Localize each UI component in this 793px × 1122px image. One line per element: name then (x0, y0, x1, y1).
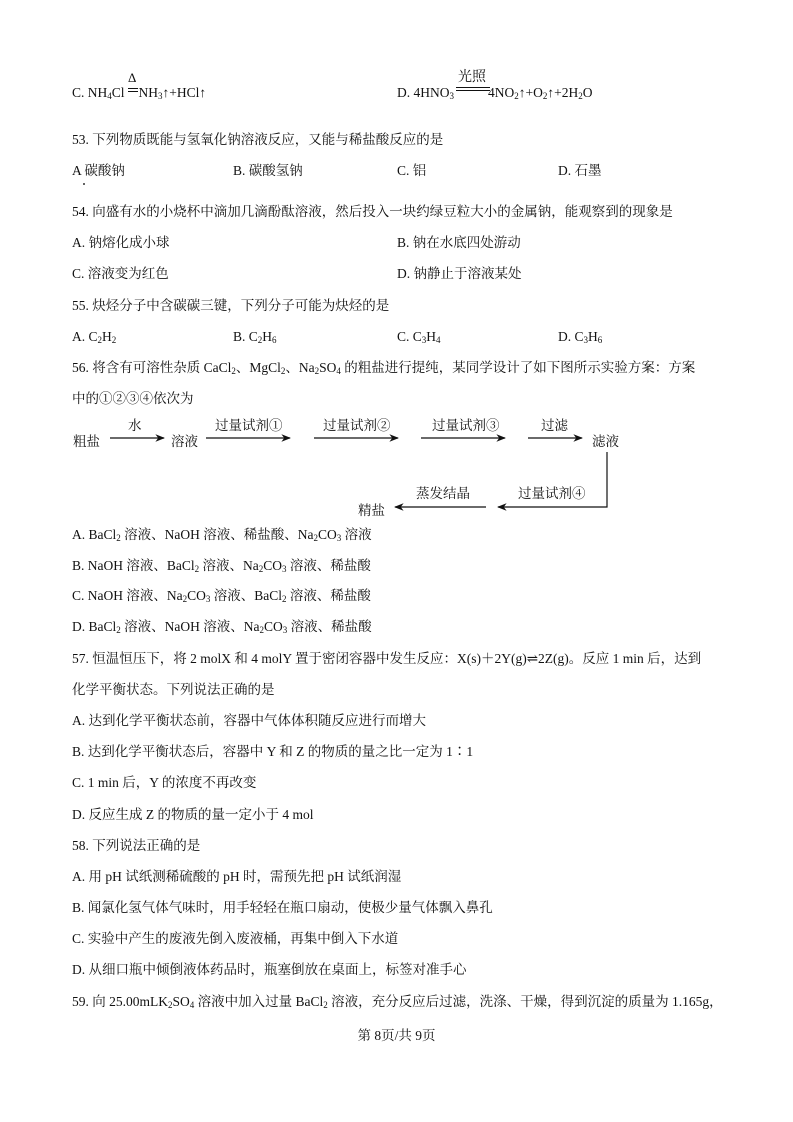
text: CO (187, 588, 206, 603)
q57-option-c: C. 1 min 后，Y 的浓度不再改变 (72, 774, 256, 792)
q56-option-b: B. NaOH 溶液、BaCl2 溶液、Na2CO3 溶液、稀盐酸 (72, 557, 371, 575)
text: 溶液、Na (199, 558, 259, 573)
q58-option-c: C. 实验中产生的废液先倒入废液桶，再集中倒入下水道 (72, 930, 398, 948)
page-number: 第 8页/共 9页 (0, 1024, 793, 1044)
q57-option-a: A. 达到化学平衡状态前，容器中气体体积随反应进行而增大 (72, 712, 426, 730)
question-57-stem-line2: 化学平衡状态。下列说法正确的是 (72, 681, 275, 699)
text: CO (264, 619, 283, 634)
q57-option-b: B. 达到化学平衡状态后，容器中 Y 和 Z 的物质的量之比一定为 1∶1 (72, 743, 473, 761)
text: C. NaOH 溶液、Na (72, 588, 183, 603)
q57-option-d: D. 反应生成 Z 的物质的量一定小于 4 mol (72, 806, 314, 824)
text: 溶液、稀盐酸 (287, 619, 371, 634)
text: 溶液、稀盐酸 (287, 558, 371, 573)
text: 溶液、BaCl (210, 588, 282, 603)
text: B. NaOH 溶液、BaCl (72, 558, 195, 573)
text: 溶液、NaOH 溶液、Na (121, 619, 260, 634)
text: CO (263, 558, 282, 573)
text: 溶液中加入过量 BaCl (194, 994, 323, 1009)
text: 溶液、稀盐酸 (287, 588, 371, 603)
q58-option-d: D. 从细口瓶中倾倒液体药品时，瓶塞倒放在桌面上，标签对准手心 (72, 961, 467, 979)
text: D. BaCl (72, 619, 116, 634)
q58-option-b: B. 闻氯化氢气体气味时，用手轻轻在瓶口扇动，使极少量气体飘入鼻孔 (72, 899, 493, 917)
question-57-stem-line1: 57. 恒温恒压下，将 2 molX 和 4 molY 置于密闭容器中发生反应：… (72, 650, 701, 668)
question-58-stem: 58. 下列说法正确的是 (72, 837, 200, 855)
text: 溶液，充分反应后过滤，洗涤、干燥，得到沉淀的质量为 1.165g， (328, 994, 723, 1009)
step-evaporate-crystallize: 蒸发结晶 (416, 482, 470, 502)
node-crude-salt: 粗盐 (73, 430, 100, 450)
step-filter: 过滤 (541, 414, 568, 434)
q58-option-a: A. 用 pH 试纸测稀硫酸的 pH 时，需预先把 pH 试纸润湿 (72, 868, 401, 886)
text: 59. 向 25.00mLK (72, 994, 168, 1009)
q56-option-c: C. NaOH 溶液、Na2CO3 溶液、BaCl2 溶液、稀盐酸 (72, 587, 371, 605)
node-solution: 溶液 (171, 430, 198, 450)
step-reagent-3: 过量试剂③ (432, 414, 500, 434)
node-refined-salt: 精盐 (358, 499, 385, 519)
text: SO (173, 994, 190, 1009)
step-reagent-2: 过量试剂② (323, 414, 391, 434)
node-filtrate: 滤液 (592, 430, 619, 450)
q56-option-a: A. BaCl2 溶液、NaOH 溶液、稀盐酸、Na2CO3 溶液 (72, 526, 372, 544)
text: A. BaCl (72, 527, 116, 542)
question-59-stem: 59. 向 25.00mLK2SO4 溶液中加入过量 BaCl2 溶液，充分反应… (72, 993, 723, 1011)
step-reagent-1: 过量试剂① (215, 414, 283, 434)
step-reagent-4: 过量试剂④ (518, 482, 586, 502)
text: 溶液 (341, 527, 371, 542)
text: CO (318, 527, 337, 542)
text: 溶液、NaOH 溶液、稀盐酸、Na (121, 527, 314, 542)
q56-option-d: D. BaCl2 溶液、NaOH 溶液、Na2CO3 溶液、稀盐酸 (72, 618, 372, 636)
step-water: 水 (128, 414, 142, 434)
